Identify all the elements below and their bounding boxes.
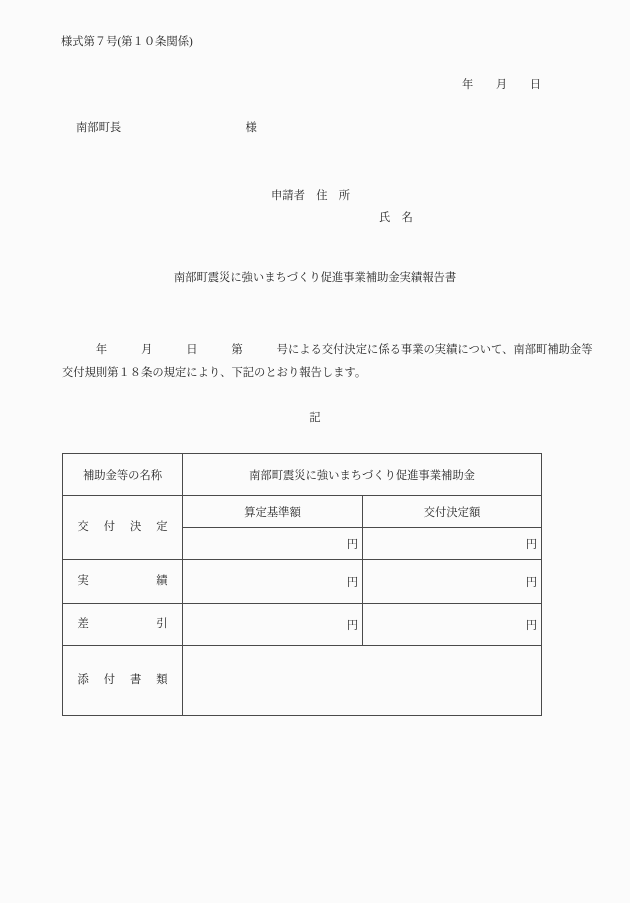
result-label-cell: 実績 bbox=[63, 560, 183, 604]
difference-label-cell: 差引 bbox=[63, 604, 183, 646]
subsidy-name-label-cell: 補助金等の名称 bbox=[63, 454, 183, 496]
difference-standard-amount-cell: 円 bbox=[183, 604, 363, 646]
date-line: 年 月 日 bbox=[462, 79, 541, 92]
result-label: 実績 bbox=[78, 575, 168, 589]
applicant-address-line: 申請者 住 所 bbox=[271, 190, 350, 203]
decided-amount-header-cell: 交付決定額 bbox=[363, 496, 542, 528]
document-page: 様式第７号(第１０条関係) 年 月 日 南部町長 様 申請者 住 所 氏 名 南… bbox=[0, 0, 630, 903]
difference-decided-amount-cell: 円 bbox=[363, 604, 542, 646]
result-standard-amount-cell: 円 bbox=[183, 560, 363, 604]
document-title: 南部町震災に強いまちづくり促進事業補助金実績報告書 bbox=[0, 272, 630, 285]
grant-decision-label-cell: 交付決定 bbox=[63, 496, 183, 560]
table-row-result: 実績 円 円 bbox=[63, 560, 542, 604]
addressee-line: 南部町長 様 bbox=[76, 122, 257, 135]
grant-decision-standard-amount-cell: 円 bbox=[183, 528, 363, 560]
body-paragraph-line-2: 交付規則第１８条の規定により、下記のとおり報告します。 bbox=[62, 362, 602, 385]
body-paragraph: 年 月 日 第 号による交付決定に係る事業の実績について、南部町補助金等 交付規… bbox=[62, 339, 602, 385]
attachments-label-cell: 添付書類 bbox=[63, 646, 183, 716]
form-number: 様式第７号(第１０条関係) bbox=[61, 36, 193, 49]
table-row-subsidy-name: 補助金等の名称 南部町震災に強いまちづくり促進事業補助金 bbox=[63, 454, 542, 496]
body-paragraph-line-1: 年 月 日 第 号による交付決定に係る事業の実績について、南部町補助金等 bbox=[62, 339, 602, 362]
subsidy-name-value-cell: 南部町震災に強いまちづくり促進事業補助金 bbox=[183, 454, 542, 496]
attachments-label: 添付書類 bbox=[78, 674, 168, 688]
result-decided-amount-cell: 円 bbox=[363, 560, 542, 604]
standard-amount-header-cell: 算定基準額 bbox=[183, 496, 363, 528]
table-row-grant-decision-header: 交付決定 算定基準額 交付決定額 bbox=[63, 496, 542, 528]
grant-decision-label: 交付決定 bbox=[78, 521, 168, 535]
table-row-attachments: 添付書類 bbox=[63, 646, 542, 716]
table-row-difference: 差引 円 円 bbox=[63, 604, 542, 646]
report-table: 補助金等の名称 南部町震災に強いまちづくり促進事業補助金 交付決定 算定基準額 … bbox=[62, 453, 542, 716]
attachments-value-cell bbox=[183, 646, 542, 716]
grant-decision-decided-amount-cell: 円 bbox=[363, 528, 542, 560]
applicant-name-line: 氏 名 bbox=[379, 212, 413, 225]
record-mark: 記 bbox=[0, 412, 630, 425]
difference-label: 差引 bbox=[78, 618, 168, 632]
